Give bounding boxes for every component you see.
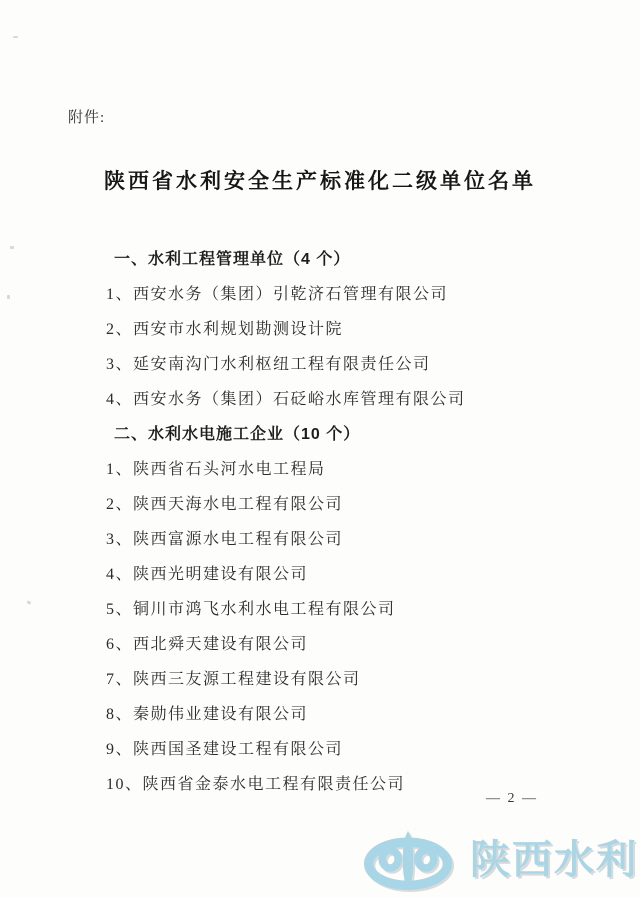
list-item: 2、西安市水利规划勘测设计院	[106, 310, 596, 345]
unit-list: 一、水利工程管理单位（4 个） 1、西安水务（集团）引乾济石管理有限公司 2、西…	[106, 240, 596, 800]
list-item: 5、铜川市鸿飞水利水电工程有限公司	[106, 590, 596, 625]
water-conservancy-logo-icon	[360, 830, 456, 890]
list-item: 1、陕西省石头河水电工程局	[106, 450, 596, 485]
list-item: 4、西安水务（集团）石砭峪水库管理有限公司	[106, 380, 596, 415]
scan-artifact	[10, 246, 14, 249]
page-number: — 2 —	[486, 791, 538, 807]
footer-brand: 陕西水利	[360, 830, 638, 890]
scan-artifact	[7, 295, 10, 299]
scan-artifact	[13, 36, 18, 38]
section-1-heading: 一、水利工程管理单位（4 个）	[106, 240, 596, 275]
attachment-label: 附件:	[68, 106, 105, 127]
list-item: 3、陕西富源水电工程有限公司	[106, 520, 596, 555]
list-item: 2、陕西天海水电工程有限公司	[106, 485, 596, 520]
page-title: 陕西省水利安全生产标准化二级单位名单	[0, 165, 640, 195]
list-item: 6、西北舜天建设有限公司	[106, 625, 596, 660]
scanned-document-page: 附件: 陕西省水利安全生产标准化二级单位名单 一、水利工程管理单位（4 个） 1…	[0, 0, 640, 898]
list-item: 9、陕西国圣建设工程有限公司	[106, 730, 596, 765]
list-item: 3、延安南沟门水利枢纽工程有限责任公司	[106, 345, 596, 380]
list-item: 1、西安水务（集团）引乾济石管理有限公司	[106, 275, 596, 310]
scan-artifact	[27, 600, 32, 604]
footer-brand-text: 陕西水利	[470, 840, 638, 880]
list-item: 8、秦勋伟业建设有限公司	[106, 695, 596, 730]
list-item: 4、陕西光明建设有限公司	[106, 555, 596, 590]
list-item: 7、陕西三友源工程建设有限公司	[106, 660, 596, 695]
section-2-heading: 二、水利水电施工企业（10 个）	[106, 415, 596, 450]
